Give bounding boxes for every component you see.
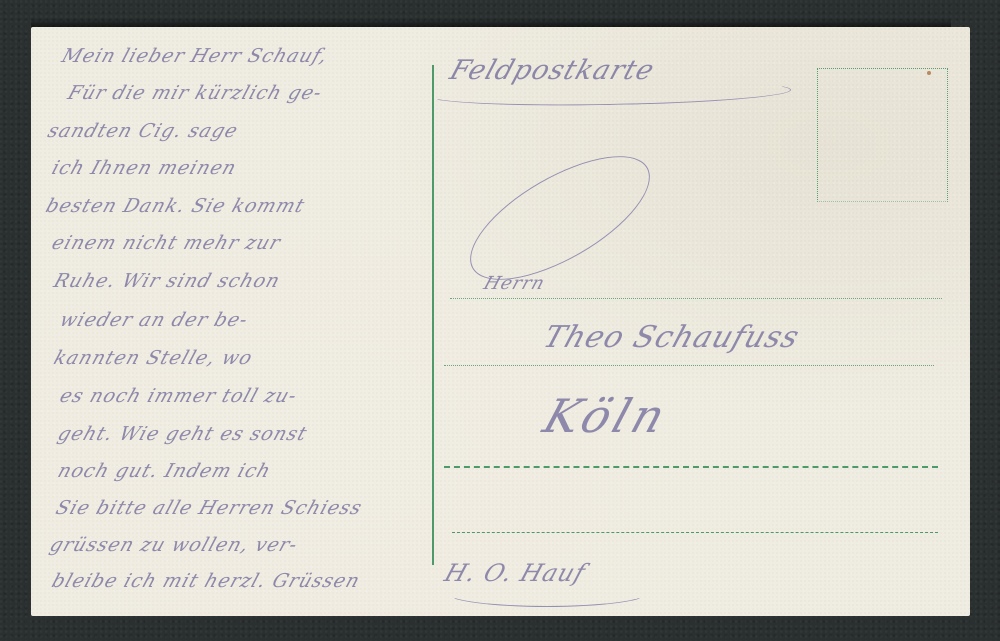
message-line: grüssen zu wollen, ver-: [47, 534, 301, 556]
address-line-4: [452, 532, 938, 533]
postcard: Feldpostkarte Mein lieber Herr Schauf, F…: [31, 27, 970, 616]
message-line: wieder an der be-: [57, 309, 251, 331]
signature-underline: [446, 579, 648, 607]
address-line-3: [444, 466, 938, 468]
foxing-spot: [927, 71, 931, 75]
message-line: noch gut. Indem ich: [55, 460, 274, 482]
message-line: kannten Stelle, wo: [51, 347, 256, 369]
address-name: Theo Schaufuss: [539, 320, 804, 355]
stamp-box: [817, 68, 948, 202]
message-line: geht. Wie geht es sonst: [55, 423, 310, 445]
message-line: Ruhe. Wir sind schon: [51, 270, 283, 292]
message-line: bleibe ich mit herzl. Grüssen: [49, 570, 363, 592]
address-line-2: [444, 365, 934, 366]
address-line-1: [450, 298, 942, 299]
message-line: besten Dank. Sie kommt: [43, 195, 308, 217]
message-line: ich Ihnen meinen: [49, 157, 240, 179]
message-line: Sie bitte alle Herren Schiess: [53, 497, 365, 519]
message-line: sandten Cig. sage: [45, 120, 241, 142]
address-city: Köln: [537, 389, 676, 443]
address-salutation: Herrn: [481, 273, 548, 294]
center-divider-line: [432, 65, 434, 565]
message-line: es noch immer toll zu-: [57, 385, 300, 407]
message-line: einem nicht mehr zur: [49, 232, 284, 254]
message-line: Für die mir kürzlich ge-: [65, 82, 325, 104]
salutation-flourish: [452, 132, 668, 304]
message-line: Mein lieber Herr Schauf,: [59, 45, 331, 67]
